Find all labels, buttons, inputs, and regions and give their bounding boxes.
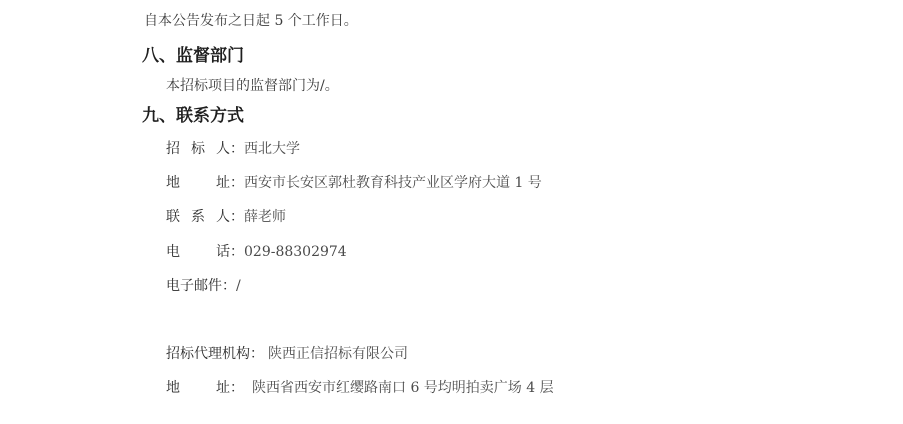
announcement-period-text: 自本公告发布之日起 5 个工作日。 (144, 12, 358, 30)
label-colon: ： (250, 345, 264, 363)
label-char: 话 (216, 243, 230, 261)
contact-person-row: 联 系 人 ： 薛老师 (166, 208, 286, 226)
contact-person-label: 联 系 人 (166, 208, 230, 226)
document-page: 自本公告发布之日起 5 个工作日。 八、监督部门 本招标项目的监督部门为/。 九… (0, 0, 903, 424)
agency-address-value: 陕西省西安市红缨路南口 6 号均明拍卖广场 4 层 (252, 379, 554, 397)
agency-value: 陕西正信招标有限公司 (268, 345, 408, 363)
label-colon: ： (230, 140, 244, 158)
label-colon: ： (230, 243, 244, 261)
label-colon: ： (230, 174, 244, 192)
label-char: 址 (216, 379, 230, 397)
section-9-heading: 九、联系方式 (142, 105, 244, 127)
email-label: 电子邮件 (166, 277, 222, 295)
agency-address-label: 地 址 (166, 379, 230, 397)
tenderer-row: 招 标 人 ： 西北大学 (166, 140, 300, 158)
email-value: / (236, 277, 241, 295)
label-char: 系 (191, 208, 205, 226)
label-colon: ： (222, 277, 236, 295)
label-char: 电 (166, 243, 180, 261)
label-char: 招 (166, 140, 180, 158)
agency-row: 招标代理机构 ： 陕西正信招标有限公司 (166, 345, 408, 363)
label-char: 联 (166, 208, 180, 226)
label-colon: ： (230, 208, 244, 226)
section-8-heading: 八、监督部门 (142, 45, 244, 67)
tenderer-address-row: 地 址 ： 西安市长安区郭杜教育科技产业区学府大道 1 号 (166, 174, 542, 192)
agency-address-row: 地 址 ： 陕西省西安市红缨路南口 6 号均明拍卖广场 4 层 (166, 379, 554, 397)
tenderer-value: 西北大学 (244, 140, 300, 158)
agency-label: 招标代理机构 (166, 345, 250, 363)
tenderer-label: 招 标 人 (166, 140, 230, 158)
phone-label: 电 话 (166, 243, 230, 261)
tenderer-address-label: 地 址 (166, 174, 230, 192)
label-char: 址 (216, 174, 230, 192)
contact-person-value: 薛老师 (244, 208, 286, 226)
label-char: 人 (216, 208, 230, 226)
label-char: 地 (166, 174, 180, 192)
label-colon: ： (230, 379, 244, 397)
phone-row: 电 话 ： 029-88302974 (166, 243, 347, 261)
phone-value: 029-88302974 (244, 243, 347, 261)
label-char: 标 (191, 140, 205, 158)
label-char: 人 (216, 140, 230, 158)
label-char: 地 (166, 379, 180, 397)
tenderer-address-value: 西安市长安区郭杜教育科技产业区学府大道 1 号 (244, 174, 542, 192)
supervision-department-text: 本招标项目的监督部门为/。 (166, 77, 339, 95)
email-row: 电子邮件 ： / (166, 277, 241, 295)
